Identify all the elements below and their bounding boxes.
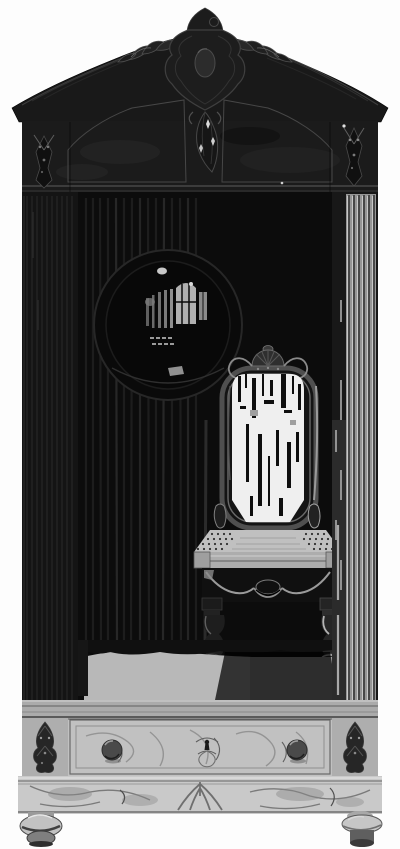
reflection-sparkle	[189, 282, 193, 286]
plinth	[18, 776, 382, 814]
crest-dot	[257, 368, 259, 370]
glint	[44, 752, 47, 755]
reflection-blob	[145, 298, 155, 306]
interior-floor	[78, 640, 338, 700]
glint	[351, 167, 353, 169]
glint	[39, 146, 41, 148]
crest-dot	[267, 367, 269, 369]
plinth-blotch	[336, 797, 364, 807]
base-rail	[22, 700, 378, 718]
left-stile	[22, 192, 78, 705]
plinth-blotch	[276, 787, 324, 801]
glint	[43, 159, 46, 162]
glint	[350, 737, 352, 739]
base-rail-face	[22, 700, 378, 718]
burl-figure	[80, 140, 160, 164]
foot-base-bottom	[350, 839, 374, 847]
photo-speck	[281, 182, 284, 185]
burl-figure	[56, 164, 108, 180]
seat-front-rail	[194, 552, 342, 568]
crest-dot	[277, 368, 279, 370]
glint	[349, 139, 351, 141]
plinth-blotch	[48, 787, 92, 801]
foot-under-shadow	[29, 841, 53, 847]
leg-ring	[204, 610, 220, 615]
convex-mirror	[94, 250, 242, 400]
reflected-window	[176, 283, 196, 324]
glint	[354, 752, 357, 755]
glint	[40, 737, 42, 739]
wardrobe-photo-svg	[0, 0, 400, 849]
reflection-spot	[157, 268, 167, 275]
drawer-section	[22, 718, 378, 776]
back-post-left	[214, 504, 226, 528]
glint	[41, 171, 43, 173]
mirror-glass	[106, 261, 230, 389]
glint	[47, 146, 49, 148]
reflection-bar	[164, 290, 167, 328]
photo	[0, 0, 400, 849]
plinth-blotch	[122, 794, 158, 806]
left-stile-face	[22, 192, 78, 705]
glint	[41, 762, 43, 764]
right-stile-flute-face	[346, 194, 376, 703]
glint	[357, 139, 359, 141]
burl-figure	[220, 127, 280, 145]
cartouche-boss	[195, 49, 215, 77]
burl-figure	[240, 147, 340, 173]
back-post-right	[308, 504, 320, 528]
glint	[48, 737, 50, 739]
chair-cast-shadow	[215, 652, 338, 700]
glint	[353, 154, 356, 157]
right-stile	[332, 192, 378, 705]
panel-midtone	[290, 420, 296, 425]
leg-block	[202, 598, 222, 610]
panel-midtone	[250, 410, 258, 416]
floor-left-dark-edge	[78, 640, 88, 696]
glint	[358, 737, 360, 739]
reflection-bar	[170, 289, 173, 328]
reflection-bar	[158, 292, 161, 328]
seat-end-block-left	[194, 552, 210, 568]
photo-speck	[342, 124, 345, 127]
